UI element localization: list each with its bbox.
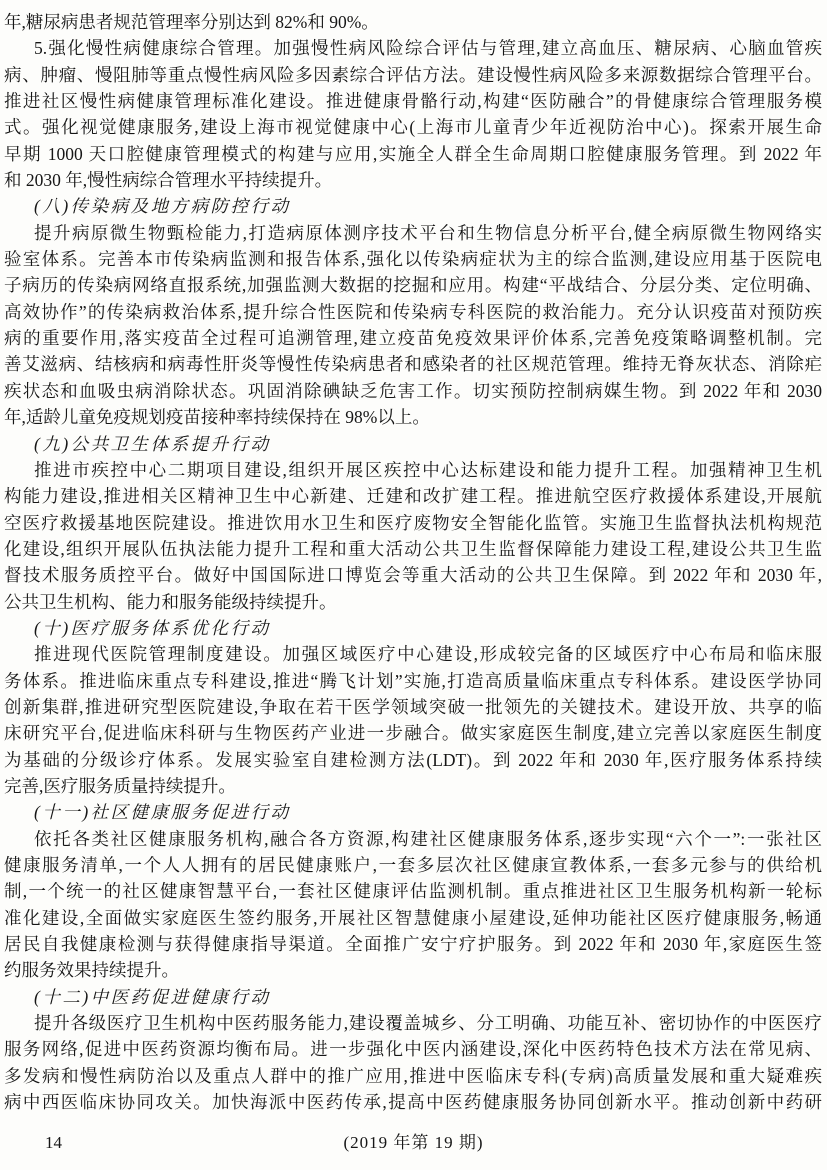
text-line: 病中西医临床协同攻关。加快海派中医药传承,提高中医药健康服务协同创新水平。推动创… [4,1089,822,1115]
section-heading: (十一)社区健康服务促进行动 [4,799,822,825]
text-line: 推进社区慢性病健康管理标准化建设。推进健康骨骼行动,构建“医防融合”的骨健康综合… [4,88,822,114]
text-line: 督技术服务质控平台。做好中国国际进口博览会等重大活动的公共卫生保障。到 2022… [4,562,822,588]
document-lines: 年,糖尿病患者规范管理率分别达到 82%和 90%。5.强化慢性病健康综合管理。… [0,0,827,1115]
text-line: 空医疗救援基地医院建设。推进饮用水卫生和医疗废物安全智能化监管。实施卫生监督执法… [4,510,822,536]
text-line: 约服务效果持续提升。 [4,957,822,983]
text-line: 公共卫生机构、能力和服务能级持续提升。 [4,589,822,615]
section-heading: (九)公共卫生体系提升行动 [4,431,822,457]
text-line: 善艾滋病、结核病和病毒性肝炎等慢性传染病患者和感染者的社区规范管理。维持无脊灰状… [4,351,822,377]
page-footer: 14 (2019 年第 19 期) [0,1132,827,1154]
text-line: 服务网络,促进中医药资源均衡布局。进一步强化中医内涵建设,深化中医药特色技术方法… [4,1036,822,1062]
text-line: 年,糖尿病患者规范管理率分别达到 82%和 90%。 [4,9,822,35]
issue-label: (2019 年第 19 期) [0,1132,827,1154]
text-line: 准化建设,全面做实家庭医生签约服务,开展社区智慧健康小屋建设,延伸功能社区医疗健… [4,905,822,931]
text-line: 务体系。推进临床重点专科建设,推进“腾飞计划”实施,打造高质量临床重点专科体系。… [4,668,822,694]
page-number: 14 [45,1132,62,1154]
section-heading: (八)传染病及地方病防控行动 [4,193,822,219]
document-page: 年,糖尿病患者规范管理率分别达到 82%和 90%。5.强化慢性病健康综合管理。… [0,0,827,1170]
text-line: 居民自我健康检测与获得健康指导渠道。全面推广安宁疗护服务。到 2022 年和 2… [4,931,822,957]
text-line: 和 2030 年,慢性病综合管理水平持续提升。 [4,167,822,193]
text-line: 早期 1000 天口腔健康管理模式的构建与应用,实施全人群全生命周期口腔健康服务… [4,141,822,167]
section-heading: (十二)中医药促进健康行动 [4,984,822,1010]
text-line: 健康服务清单,一个人人拥有的居民健康账户,一套多层次社区健康宣教体系,一套多元参… [4,852,822,878]
text-line: 提升病原微生物甄检能力,打造病原体测序技术平台和生物信息分析平台,健全病原微生物… [4,220,822,246]
text-line: 子病历的传染病网络直报系统,加强监测大数据的挖掘和应用。构建“平战结合、分层分类… [4,272,822,298]
text-line: 创新集群,推进研究型医院建设,争取在若干医学领域突破一批领先的关键技术。建设开放… [4,694,822,720]
text-line: 年,适龄儿童免疫规划疫苗接种率持续保持在 98%以上。 [4,404,822,430]
text-line: 床研究平台,促进临床科研与生物医药产业进一步融合。做实家庭医生制度,建立完善以家… [4,720,822,746]
text-line: 构能力建设,推进相关区精神卫生中心新建、迁建和改扩建工程。推进航空医疗救援体系建… [4,483,822,509]
text-line: 5.强化慢性病健康综合管理。加强慢性病风险综合评估与管理,建立高血压、糖尿病、心… [4,35,822,61]
text-line: 验室体系。完善本市传染病监测和报告体系,强化以传染病症状为主的综合监测,建设应用… [4,246,822,272]
text-line: 为基础的分级诊疗体系。发展实验室自建检测方法(LDT)。到 2022 年和 20… [4,747,822,773]
text-line: 多发病和慢性病防治以及重点人群中的推广应用,推进中医临床专科(专病)高质量发展和… [4,1063,822,1089]
text-line: 化建设,组织开展队伍执法能力提升工程和重大活动公共卫生监督保障能力建设工程,建设… [4,536,822,562]
text-line: 制,一个统一的社区健康智慧平台,一套社区健康评估监测机制。重点推进社区卫生服务机… [4,878,822,904]
text-line: 病的重要作用,落实疫苗全过程可追溯管理,建立疫苗免疫效果评价体系,完善免疫策略调… [4,325,822,351]
text-line: 推进市疾控中心二期项目建设,组织开展区疾控中心达标建设和能力提升工程。加强精神卫… [4,457,822,483]
section-heading: (十)医疗服务体系优化行动 [4,615,822,641]
text-line: 依托各类社区健康服务机构,融合各方资源,构建社区健康服务体系,逐步实现“六个一”… [4,826,822,852]
text-line: 疾状态和血吸虫病消除状态。巩固消除碘缺乏危害工作。切实预防控制病媒生物。到 20… [4,378,822,404]
text-line: 完善,医疗服务质量持续提升。 [4,773,822,799]
text-line: 式。强化视觉健康服务,建设上海市视觉健康中心(上海市儿童青少年近视防治中心)。探… [4,114,822,140]
text-line: 提升各级医疗卫生机构中医药服务能力,建设覆盖城乡、分工明确、功能互补、密切协作的… [4,1010,822,1036]
text-line: 高效协作”的传染病救治体系,提升综合性医院和传染病专科医院的救治能力。充分认识疫… [4,299,822,325]
text-line: 推进现代医院管理制度建设。加强区域医疗中心建设,形成较完备的区域医疗中心布局和临… [4,641,822,667]
text-line: 病、肿瘤、慢阻肺等重点慢性病风险多因素综合评估方法。建设慢性病风险多来源数据综合… [4,62,822,88]
